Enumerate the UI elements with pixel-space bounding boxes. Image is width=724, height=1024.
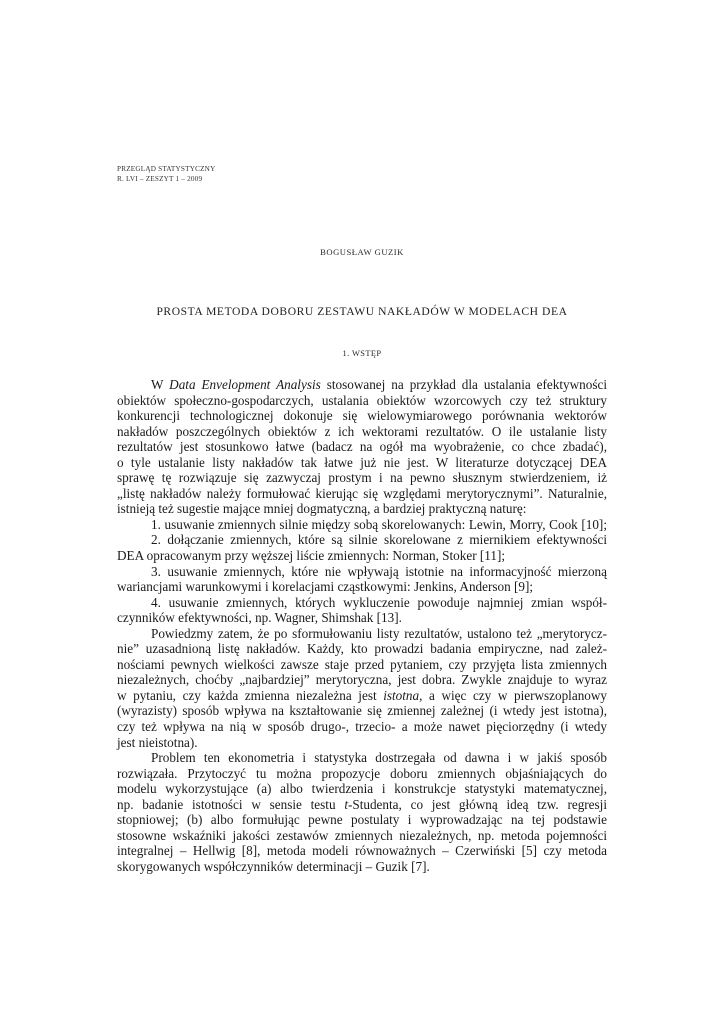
- paragraph-3-line: stosowne wskaźniki jakości zestawów zmie…: [117, 828, 607, 844]
- paragraph-2-line: jest nieistotna).: [117, 735, 607, 751]
- paragraph-1-line: obiektów społeczno-gospodarczych, ustala…: [117, 393, 607, 409]
- paragraph-1-line: konkurencji technologicznej dokonuje się…: [117, 408, 607, 424]
- italic-term: istotna: [383, 688, 419, 703]
- paragraph-3-line: Problem ten ekonometria i statystyka dos…: [117, 750, 607, 766]
- paragraph-2-line: (wyrazisty) sposób wpływa na kształtowan…: [117, 703, 607, 719]
- paragraph-1-line: istnieją też sugestie mające mniej dogma…: [117, 501, 607, 517]
- list-item-3: 3. usuwanie zmiennych, które nie wpływaj…: [117, 564, 607, 580]
- paragraph-1-line: nakładów poszczególnych obiektów z ich w…: [117, 424, 607, 440]
- text: W: [151, 377, 169, 392]
- paragraph-2-line: niezależnych, choćby „najbardziej” meryt…: [117, 672, 607, 688]
- paragraph-2-line: Powiedzmy zatem, że po sformułowaniu lis…: [117, 626, 607, 642]
- paragraph-1-line: o tyle ustalanie listy nakładów tak łatw…: [117, 455, 607, 471]
- text: w pytaniu, czy każda zmienna niezależna …: [117, 688, 383, 703]
- text: , a więc czy w pierwszoplanowy: [419, 688, 607, 703]
- author-name: BOGUSŁAW GUZIK: [0, 247, 724, 257]
- paragraph-1-line: W Data Envelopment Analysis stosowanej n…: [117, 377, 607, 393]
- paragraph-3-line: rozwiązała. Przytoczyć tu można propozyc…: [117, 766, 607, 782]
- paragraph-1-line: „listę nakładów należy formułować kieruj…: [117, 486, 607, 502]
- paragraph-3-line: np. badanie istotności w sensie testu t-…: [117, 797, 607, 813]
- journal-header: PRZEGLĄD STATYSTYCZNY R. LVI – ZESZYT 1 …: [117, 165, 215, 184]
- list-item-2-cont: DEA opracowanym przy węższej liście zmie…: [117, 548, 607, 564]
- list-item-1: 1. usuwanie zmiennych silnie między sobą…: [117, 517, 607, 533]
- journal-name: PRZEGLĄD STATYSTYCZNY: [117, 165, 215, 175]
- text: -Studenta, co jest główną ideą tzw. regr…: [348, 797, 607, 812]
- journal-issue: R. LVI – ZESZYT 1 – 2009: [117, 175, 215, 185]
- paragraph-3-line: skorygowanych współczynników determinacj…: [117, 859, 607, 875]
- list-item-4: 4. usuwanie zmiennych, których wykluczen…: [117, 595, 607, 611]
- body-text: W Data Envelopment Analysis stosowanej n…: [117, 377, 607, 875]
- text: stosowanej na przykład dla ustalania efe…: [321, 377, 607, 392]
- paragraph-2-line: nościami pewnych wielkości zawsze staje …: [117, 657, 607, 673]
- paragraph-2-line: nie” uzasadnioną listę nakładów. Każdy, …: [117, 641, 607, 657]
- list-item-4-cont: czynników efektywności, np. Wagner, Shim…: [117, 610, 607, 626]
- paragraph-1-line: rezultatów jest stosunkowo łatwe (badacz…: [117, 439, 607, 455]
- list-item-2: 2. dołączanie zmiennych, które są silnie…: [117, 532, 607, 548]
- italic-term: Data Envelopment Analysis: [169, 377, 321, 392]
- paragraph-1-line: sprawę tę rozwiązuje się zazwyczaj prost…: [117, 470, 607, 486]
- paragraph-2-line: w pytaniu, czy każda zmienna niezależna …: [117, 688, 607, 704]
- list-item-3-cont: wariancjami warunkowymi i korelacjami cz…: [117, 579, 607, 595]
- paragraph-3-line: stopniowej; (b) albo formułując pewne po…: [117, 812, 607, 828]
- paragraph-3-line: modelu wykorzystujące (a) albo twierdzen…: [117, 781, 607, 797]
- paragraph-3-line: integralnej – Hellwig [8], metoda modeli…: [117, 843, 607, 859]
- paper-title: PROSTA METODA DOBORU ZESTAWU NAKŁADÓW W …: [0, 305, 724, 318]
- paragraph-2-line: czy też wpływa na nią w sposób drugo-, t…: [117, 719, 607, 735]
- text: np. badanie istotności w sensie testu: [117, 797, 344, 812]
- section-heading: 1. WSTĘP: [0, 349, 724, 358]
